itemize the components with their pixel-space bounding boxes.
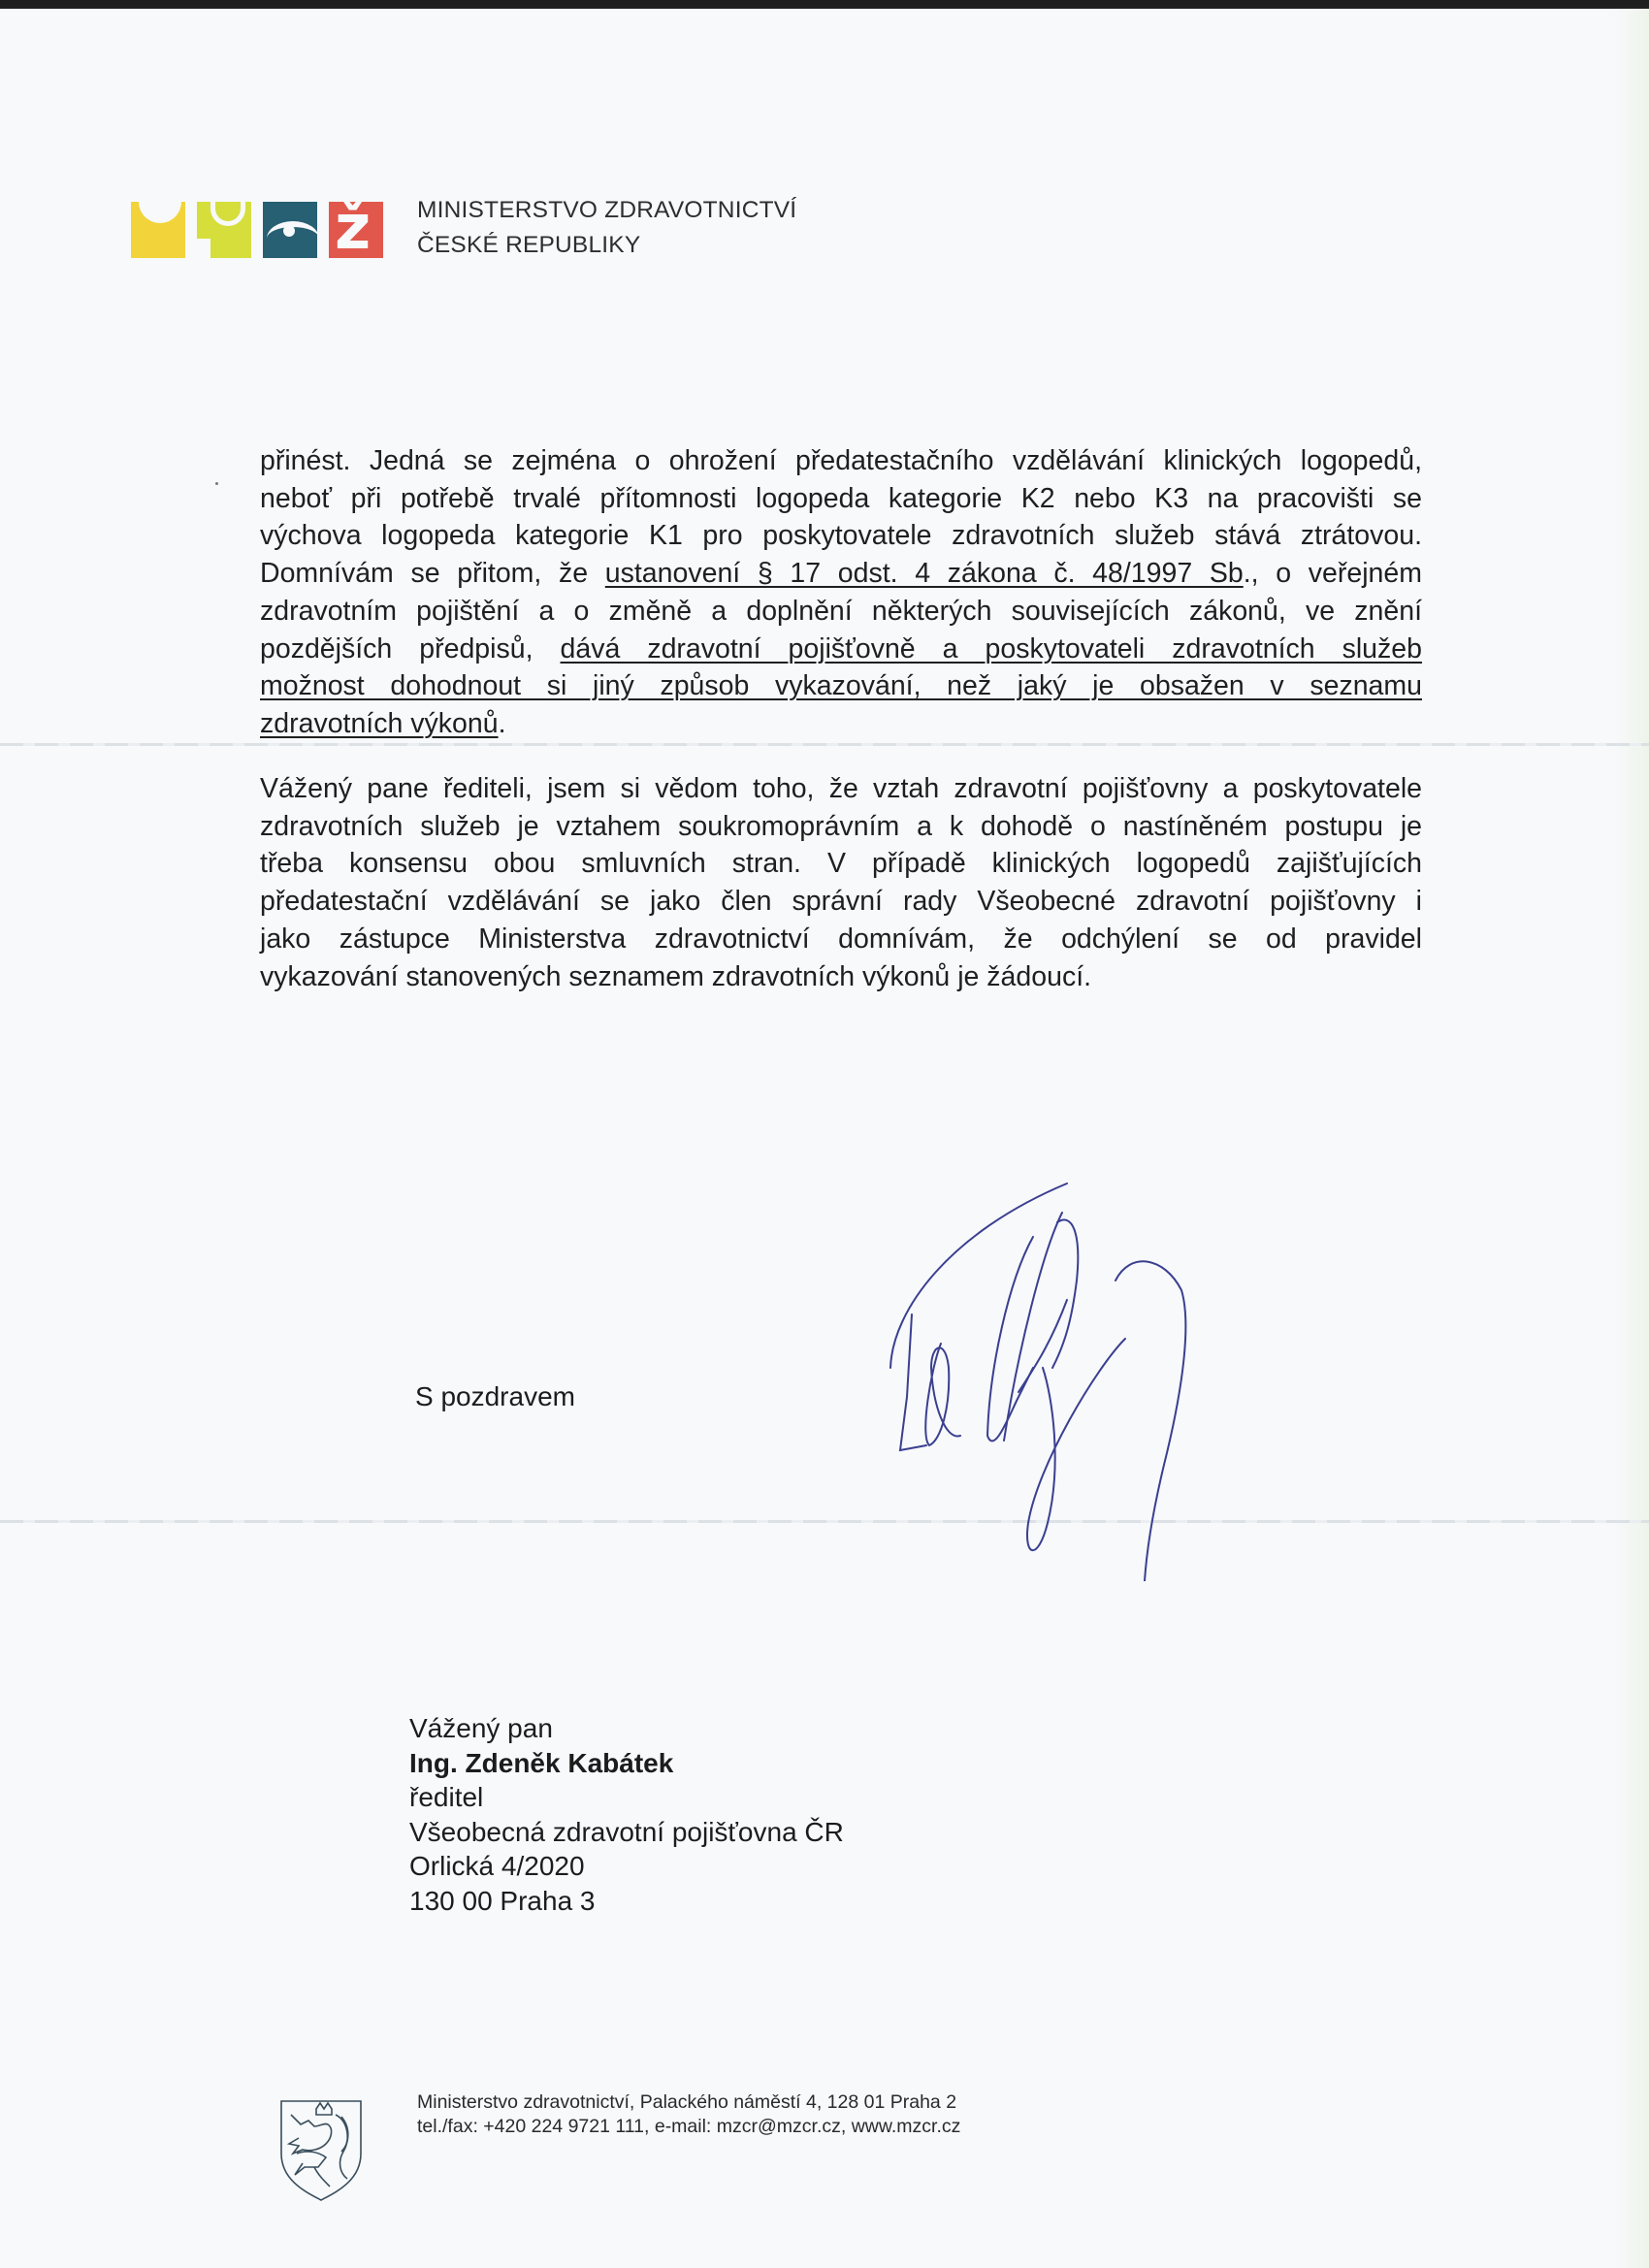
- text-line: předatestační vzdělávání se jako člen sp…: [260, 883, 1422, 921]
- recipient-name: Ing. Zdeněk Kabátek: [409, 1746, 844, 1781]
- ministry-name-line2: ČESKÉ REPUBLIKY: [417, 228, 796, 263]
- text-segment: Domnívám se přitom, že: [260, 558, 605, 589]
- footer-contact-line: tel./fax: +420 224 9721 111, e-mail: mzc…: [417, 2115, 960, 2139]
- recipient-city: 130 00 Praha 3: [409, 1884, 844, 1919]
- logo-tile-eye-icon: [263, 202, 317, 258]
- underlined-text: dává zdravotní pojišťovně a poskytovatel…: [561, 633, 1422, 664]
- logo-tile-red-icon: [329, 202, 383, 258]
- ministry-logo: [131, 202, 383, 258]
- text-line: jako zástupce Ministerstva zdravotnictví…: [260, 921, 1422, 958]
- footer-contact: Ministerstvo zdravotnictví, Palackého ná…: [417, 2090, 960, 2139]
- footer-address: Ministerstvo zdravotnictví, Palackého ná…: [417, 2090, 960, 2115]
- ministry-name-line1: MINISTERSTVO ZDRAVOTNICTVÍ: [417, 193, 796, 228]
- closing-greeting: S pozdravem: [415, 1381, 575, 1412]
- recipient-street: Orlická 4/2020: [409, 1849, 844, 1884]
- recipient-address: Vážený pan Ing. Zdeněk Kabátek ředitel V…: [409, 1711, 844, 1918]
- logo-tile-lime-icon: [197, 202, 251, 258]
- text-line: možnost dohodnout si jiný způsob vykazov…: [260, 667, 1422, 705]
- recipient-organization: Všeobecná zdravotní pojišťovna ČR: [409, 1815, 844, 1850]
- margin-mark: [215, 482, 218, 485]
- handwritten-signature: [873, 1174, 1339, 1581]
- scan-right-edge: [1614, 9, 1649, 2268]
- text-segment: přinést. Jedná se zejména o ohrožení pře…: [260, 445, 1422, 476]
- text-segment: výchova logopeda kategorie K1 pro poskyt…: [260, 520, 1422, 551]
- text-line: vykazování stanovených seznamem zdravotn…: [260, 958, 1422, 996]
- text-segment: zdravotním pojištění a o změně a doplněn…: [260, 596, 1422, 627]
- paper-fold-line: [0, 743, 1649, 746]
- text-line: Domnívám se přitom, že ustanovení § 17 o…: [260, 555, 1422, 593]
- text-line: zdravotním pojištění a o změně a doplněn…: [260, 593, 1422, 631]
- underlined-text: možnost dohodnout si jiný způsob vykazov…: [260, 670, 1422, 701]
- state-coat-of-arms-icon: [277, 2095, 365, 2202]
- text-line: zdravotních výkonů.: [260, 705, 1422, 743]
- text-line: neboť při potřebě trvalé přítomnosti log…: [260, 480, 1422, 518]
- text-segment: pozdějších předpisů,: [260, 633, 561, 664]
- text-segment: neboť při potřebě trvalé přítomnosti log…: [260, 483, 1422, 514]
- text-line: pozdějších předpisů, dává zdravotní poji…: [260, 631, 1422, 668]
- text-segment: ., o veřejném: [1244, 558, 1422, 589]
- text-line: zdravotních služeb je vztahem soukromopr…: [260, 808, 1422, 846]
- letter-paragraph-1: přinést. Jedná se zejména o ohrožení pře…: [260, 442, 1422, 743]
- text-line: přinést. Jedná se zejména o ohrožení pře…: [260, 442, 1422, 480]
- letter-paragraph-2: Vážený pane řediteli, jsem si vědom toho…: [260, 770, 1422, 995]
- recipient-title: ředitel: [409, 1780, 844, 1815]
- text-line: výchova logopeda kategorie K1 pro poskyt…: [260, 517, 1422, 555]
- logo-tile-yellow-icon: [131, 202, 185, 258]
- scan-top-edge: [0, 0, 1649, 9]
- address-salutation: Vážený pan: [409, 1711, 844, 1746]
- text-segment: .: [499, 708, 506, 739]
- paper-fold-line: [0, 1520, 1649, 1523]
- underlined-text: ustanovení § 17 odst. 4 zákona č. 48/199…: [605, 558, 1244, 589]
- underlined-text: zdravotních výkonů: [260, 708, 499, 739]
- text-line: třeba konsensu obou smluvních stran. V p…: [260, 845, 1422, 883]
- text-line: Vážený pane řediteli, jsem si vědom toho…: [260, 770, 1422, 808]
- ministry-name: MINISTERSTVO ZDRAVOTNICTVÍ ČESKÉ REPUBLI…: [417, 193, 796, 263]
